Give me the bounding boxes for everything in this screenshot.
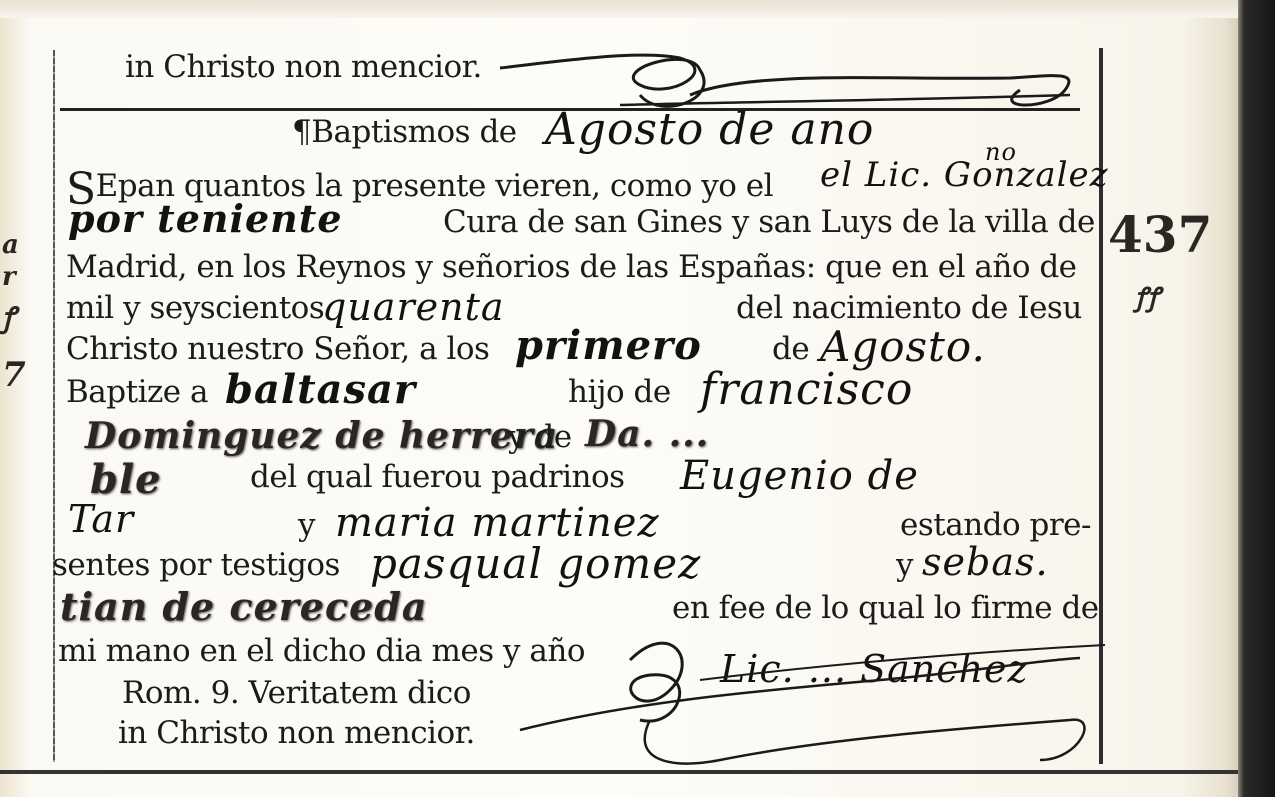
handwritten-father-surname: Dominguez de herrera	[85, 418, 558, 454]
printed-line-5a: Christo nuestro Señor, a los	[66, 334, 489, 365]
printed-line-2: Cura de san Gines y san Luys de la villa…	[443, 207, 1095, 238]
handwritten-mother-surname-end: ble	[90, 460, 162, 500]
printed-line-4b: del nacimiento de Iesu	[736, 293, 1082, 324]
handwritten-godmother: maria martinez	[335, 503, 660, 543]
handwritten-mother-name: Da. ...	[585, 416, 709, 452]
pilcrow-mark: ¶	[292, 114, 311, 150]
printed-line-10a: sentes por testigos	[52, 550, 340, 581]
handwritten-witness-2: sebas.	[922, 543, 1049, 581]
handwritten-priest-name: el Lic. Gonzalez	[820, 158, 1109, 192]
printed-line-8: del qual fuerou padrinos	[250, 462, 625, 493]
handwritten-father-name: francisco	[700, 368, 913, 412]
printed-line-7: y de	[508, 422, 572, 453]
footer-reference: Rom. 9. Veritatem dico	[122, 678, 471, 709]
handwritten-month: Agosto.	[820, 326, 986, 368]
book-binding-shadow	[1238, 0, 1275, 797]
section-title: ¶Baptismos de	[292, 117, 517, 148]
left-frame-rule	[53, 50, 55, 762]
printed-line-12: mi mano en el dicho dia mes y año	[58, 636, 585, 667]
printed-line-9a: y	[298, 510, 315, 541]
margin-fragment-left-4: 7	[2, 355, 26, 395]
signature-flourish	[520, 620, 1100, 790]
margin-folio-number: 437	[1108, 205, 1212, 264]
printed-line-10b: y	[896, 550, 913, 581]
handwritten-godfather: Eugenio de	[680, 456, 919, 496]
margin-fragment-left-1: a	[2, 230, 19, 260]
printed-line-6a: Baptize a	[66, 377, 208, 408]
handwritten-witness-2-end: tian de cereceda	[60, 588, 427, 626]
margin-note-right: ꝭꝭ	[1135, 278, 1160, 314]
printed-line-3: Madrid, en los Reynos y señorios de las …	[66, 252, 1077, 283]
printed-line-6b: hijo de	[568, 377, 671, 408]
page-top-edge	[0, 0, 1240, 18]
scanned-page: in Christo non mencior. ¶Baptismos de Ag…	[0, 0, 1240, 797]
handwritten-month-year: Agosto de ano	[545, 108, 874, 152]
handwritten-godfather-end: Tar	[68, 500, 134, 538]
handwritten-child-name: baltasar	[225, 370, 416, 410]
printed-line-4a: mil y seyscientos	[66, 293, 324, 324]
footer-motto: in Christo non mencior.	[118, 718, 475, 749]
handwritten-day: primero	[515, 326, 702, 366]
handwritten-priest-title: por teniente	[68, 200, 343, 238]
bottom-rule	[0, 770, 1238, 774]
handwritten-year-words: quarenta	[322, 288, 505, 326]
handwritten-priest-suffix: no	[985, 140, 1017, 164]
printed-line-5b: de	[772, 334, 809, 365]
printed-line-9b: estando pre-	[900, 510, 1091, 541]
handwritten-witness-1: pasqual gomez	[370, 543, 701, 585]
margin-fragment-left-3: ꝭ	[2, 298, 15, 336]
margin-fragment-left-2: r	[2, 262, 16, 292]
header-motto: in Christo non mencior.	[125, 52, 482, 83]
